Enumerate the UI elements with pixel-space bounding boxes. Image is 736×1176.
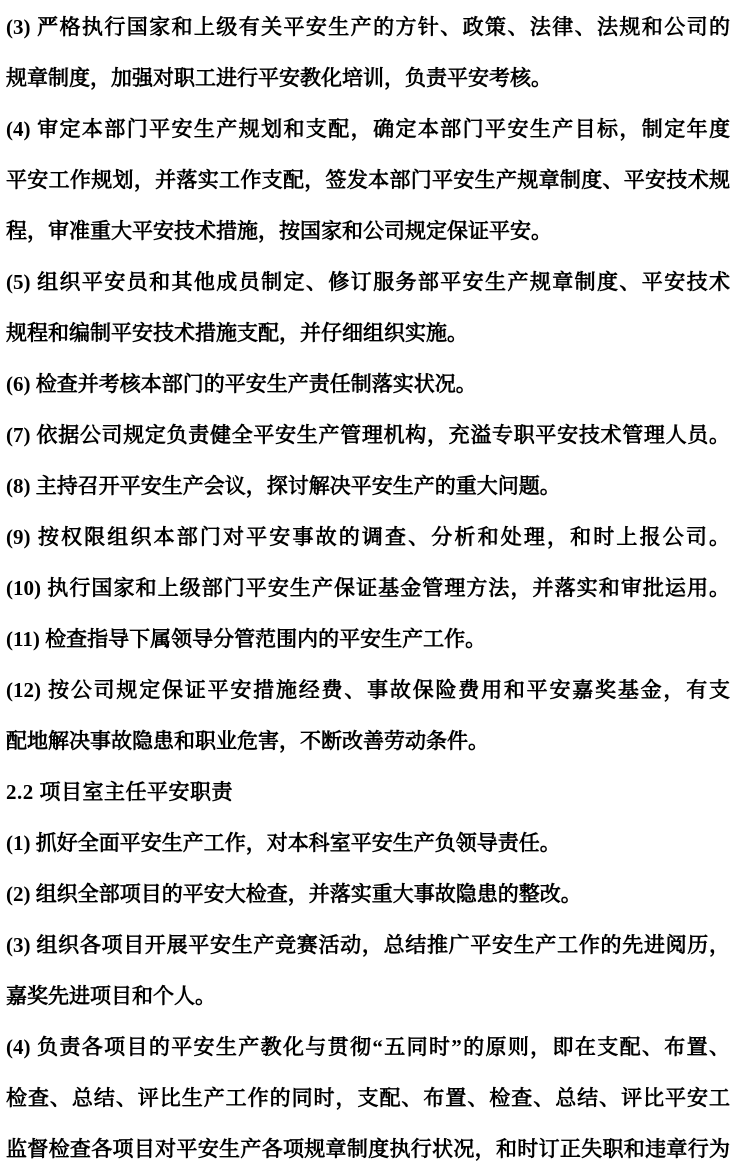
document-page: (3) 严格执行国家和上级有关平安生产的方针、政策、法律、法规和公司的 规章制度…: [0, 0, 736, 1176]
text-line: (3) 严格执行国家和上级有关平安生产的方针、政策、法律、法规和公司的: [6, 2, 730, 53]
text-line: (8) 主持召开平安生产会议，探讨解决平安生产的重大问题。: [6, 461, 730, 512]
section-heading: 2.2 项目室主任平安职责: [6, 767, 730, 818]
text-line: 配地解决事故隐患和职业危害，不断改善劳动条件。: [6, 716, 730, 767]
text-line: 平安工作规划，并落实工作支配，签发本部门平安生产规章制度、平安技术规: [6, 155, 730, 206]
text-line: 检查、总结、评比生产工作的同时，支配、布置、检查、总结、评比平安工作，: [6, 1073, 730, 1124]
text-line: (7) 依据公司规定负责健全平安生产管理机构，充溢专职平安技术管理人员。: [6, 410, 730, 461]
text-line: (9) 按权限组织本部门对平安事故的调查、分析和处理，和时上报公司。: [6, 512, 730, 563]
text-line: 程，审准重大平安技术措施，按国家和公司规定保证平安。: [6, 206, 730, 257]
text-line: (6) 检查并考核本部门的平安生产责任制落实状况。: [6, 359, 730, 410]
text-line: (1) 抓好全面平安生产工作，对本科室平安生产负领导责任。: [6, 818, 730, 869]
text-line: 规程和编制平安技术措施支配，并仔细组织实施。: [6, 308, 730, 359]
text-line: 监督检查各项目对平安生产各项规章制度执行状况，和时订正失职和违章行为: [6, 1124, 730, 1175]
text-line: (12) 按公司规定保证平安措施经费、事故保险费用和平安嘉奖基金，有支: [6, 665, 730, 716]
text-line: (2) 组织全部项目的平安大检查，并落实重大事故隐患的整改。: [6, 869, 730, 920]
text-line: 嘉奖先进项目和个人。: [6, 971, 730, 1022]
text-line: (4) 审定本部门平安生产规划和支配，确定本部门平安生产目标，制定年度: [6, 104, 730, 155]
text-line: (3) 组织各项目开展平安生产竞赛活动，总结推广平安生产工作的先进阅历，: [6, 920, 730, 971]
text-line: (11) 检查指导下属领导分管范围内的平安生产工作。: [6, 614, 730, 665]
text-line: 规章制度，加强对职工进行平安教化培训，负责平安考核。: [6, 53, 730, 104]
text-line: (5) 组织平安员和其他成员制定、修订服务部平安生产规章制度、平安技术: [6, 257, 730, 308]
text-line: (10) 执行国家和上级部门平安生产保证基金管理方法，并落实和审批运用。: [6, 563, 730, 614]
text-line: (4) 负责各项目的平安生产教化与贯彻“五同时”的原则，即在支配、布置、: [6, 1022, 730, 1073]
